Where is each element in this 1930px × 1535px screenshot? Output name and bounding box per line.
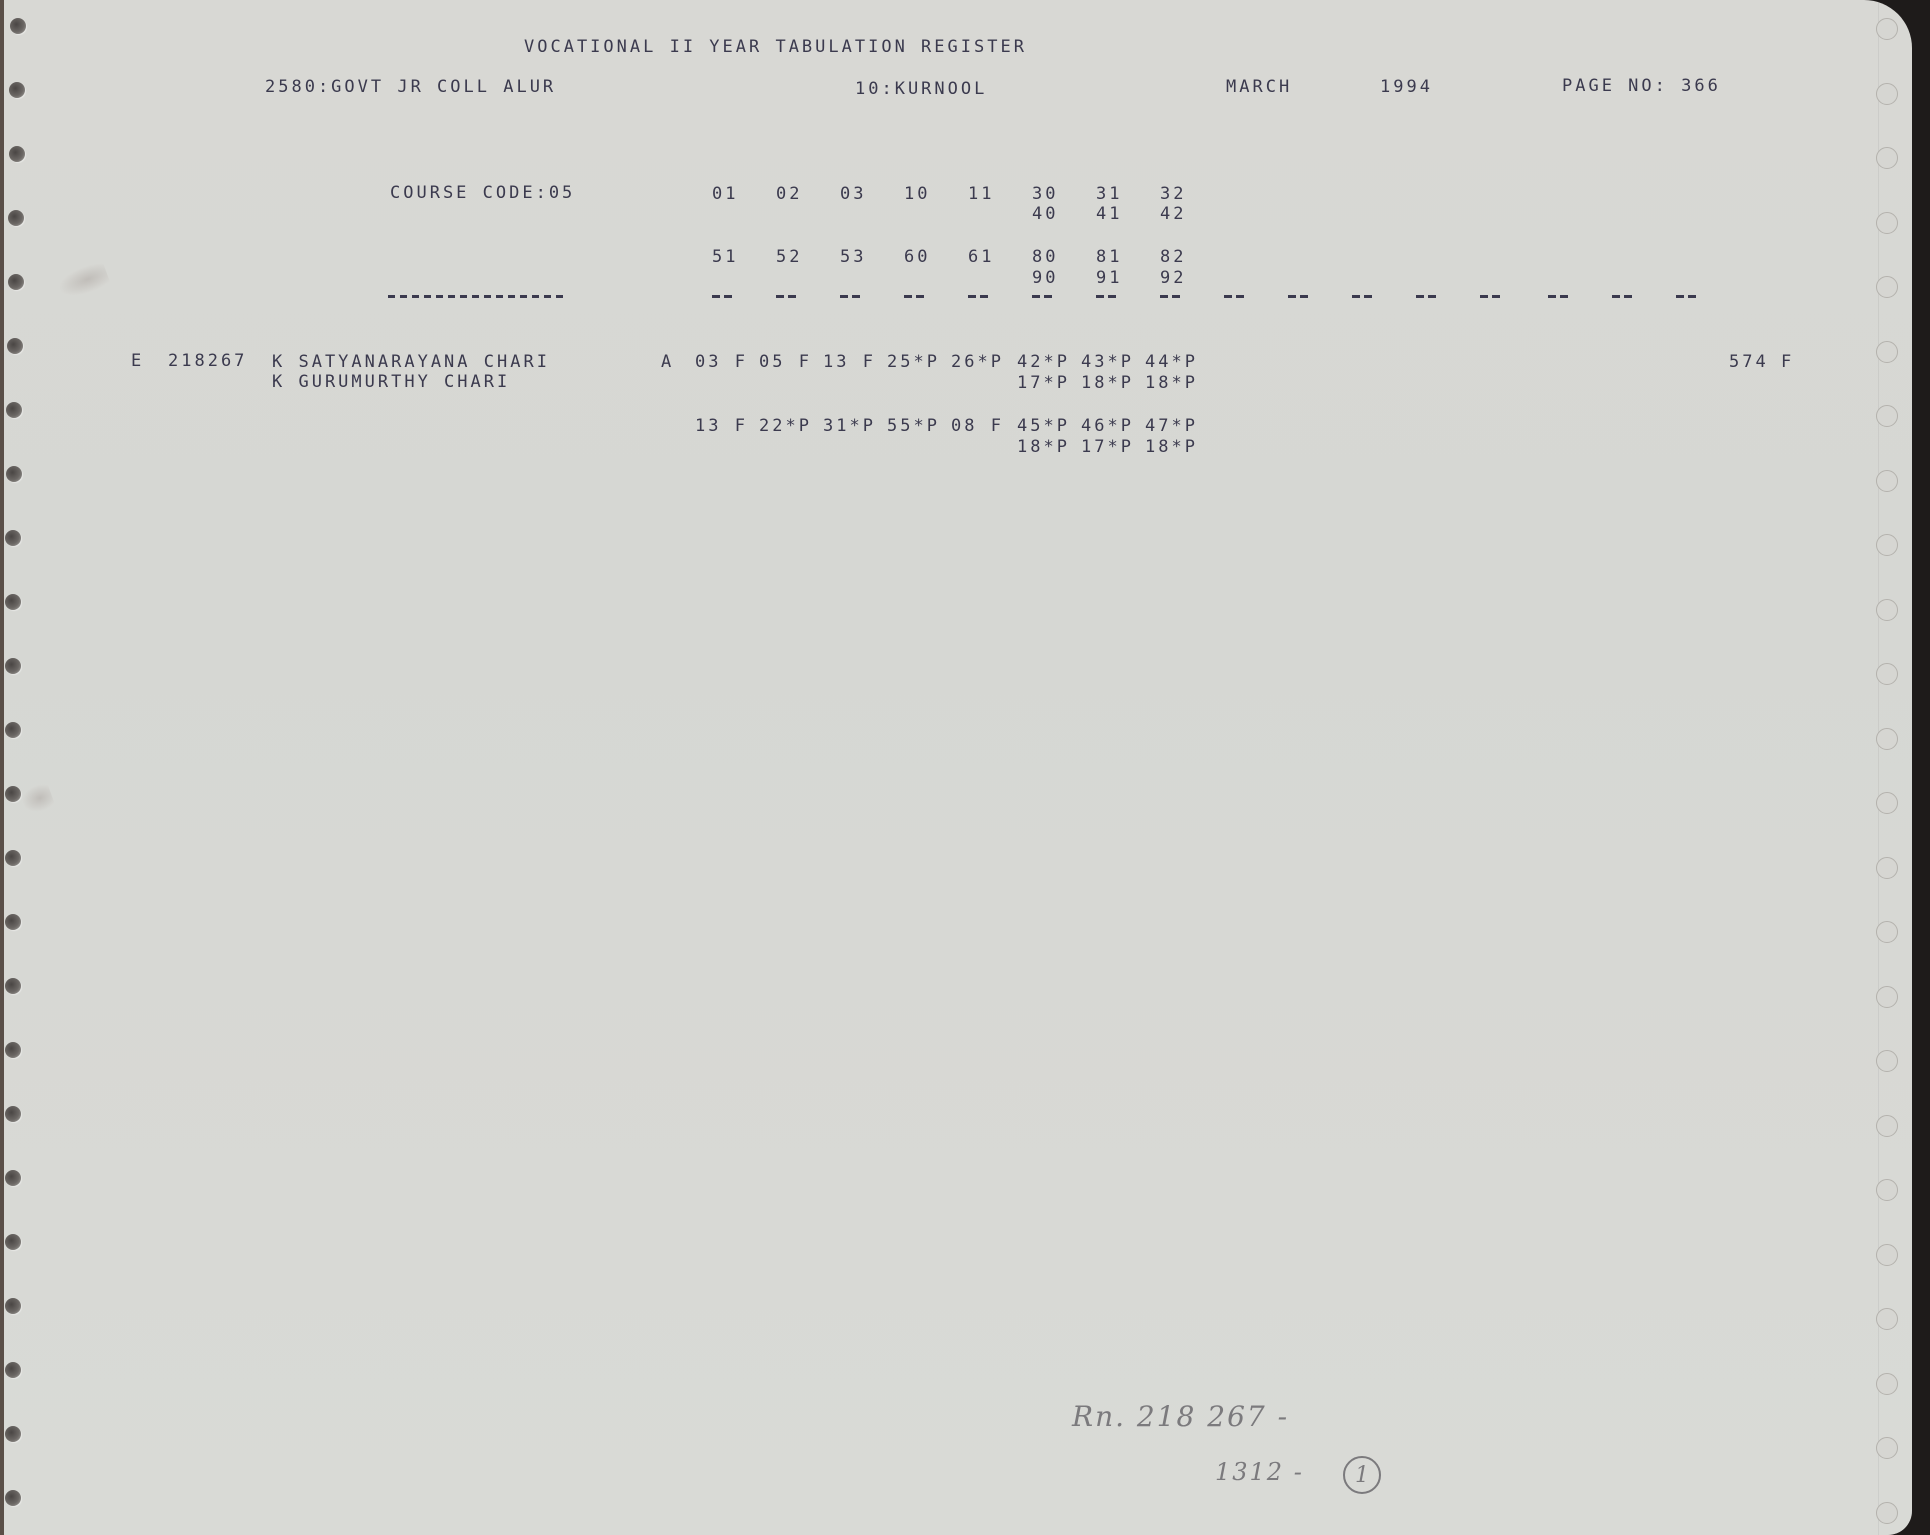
- column-separator: [1676, 295, 1697, 298]
- paper-smudge: [55, 260, 111, 302]
- subject-code: 60: [904, 249, 930, 266]
- tractor-hole-icon: [9, 82, 25, 98]
- subject-code: 03: [840, 186, 866, 203]
- tractor-hole-icon: [1876, 1308, 1898, 1330]
- tractor-hole-icon: [7, 338, 23, 354]
- tractor-hole-icon: [1876, 212, 1898, 234]
- tractor-hole-icon: [5, 850, 21, 866]
- tractor-hole-icon: [5, 1106, 21, 1122]
- tractor-hole-icon: [1876, 792, 1898, 814]
- tractor-hole-icon: [8, 274, 24, 290]
- subject-code: 40: [1032, 206, 1058, 223]
- tractor-hole-icon: [1876, 663, 1898, 685]
- tractor-hole-icon: [1876, 1179, 1898, 1201]
- exam-month: MARCH: [1226, 79, 1292, 96]
- subject-code: 52: [776, 249, 802, 266]
- tractor-hole-icon: [1876, 728, 1898, 750]
- tractor-hole-icon: [1876, 83, 1898, 105]
- tractor-hole-icon: [1876, 986, 1898, 1008]
- circled-number: 1: [1343, 1456, 1381, 1494]
- sheet-left-edge: [0, 0, 4, 1535]
- father-name: K GURUMURTHY CHARI: [272, 374, 510, 391]
- course-code: COURSE CODE:05: [390, 185, 575, 202]
- tractor-hole-icon: [1876, 1115, 1898, 1137]
- tractor-hole-icon: [9, 146, 25, 162]
- subject-mark: 13 F: [695, 418, 748, 435]
- subject-code: 92: [1160, 270, 1186, 287]
- paper-smudge: [18, 782, 55, 817]
- column-separator: [1096, 295, 1117, 298]
- subject-code: 53: [840, 249, 866, 266]
- tractor-hole-icon: [1876, 1437, 1898, 1459]
- subject-mark: 43*P: [1081, 354, 1134, 371]
- tractor-hole-icon: [1876, 599, 1898, 621]
- subject-mark: 44*P: [1145, 354, 1198, 371]
- subject-mark: 45*P: [1017, 418, 1070, 435]
- tractor-hole-icon: [1876, 18, 1898, 40]
- medium-code: A: [661, 354, 674, 371]
- subject-code: 01: [712, 186, 738, 203]
- tractor-hole-icon: [1876, 857, 1898, 879]
- exam-year: 1994: [1380, 79, 1433, 96]
- tractor-hole-icon: [6, 402, 22, 418]
- tractor-hole-icon: [1876, 147, 1898, 169]
- subject-mark: 22*P: [759, 418, 812, 435]
- subject-code: 11: [968, 186, 994, 203]
- handwritten-annotation: Rn. 218 267 -: [1072, 1400, 1289, 1433]
- tractor-hole-icon: [5, 1042, 21, 1058]
- subject-code: 51: [712, 249, 738, 266]
- subject-mark: 18*P: [1145, 439, 1198, 456]
- subject-mark: 18*P: [1081, 375, 1134, 392]
- tractor-hole-icon: [5, 530, 21, 546]
- subject-code: 80: [1032, 249, 1058, 266]
- total-marks: 574: [1729, 354, 1769, 371]
- tractor-hole-icon: [1876, 921, 1898, 943]
- subject-code: 41: [1096, 206, 1122, 223]
- subject-code: 42: [1160, 206, 1186, 223]
- tractor-hole-icon: [5, 978, 21, 994]
- tabulation-register-sheet: VOCATIONAL II YEAR TABULATION REGISTER 2…: [0, 0, 1912, 1535]
- tractor-hole-icon: [10, 18, 26, 34]
- register-title: VOCATIONAL II YEAR TABULATION REGISTER: [524, 39, 1027, 56]
- district-name: 10:KURNOOL: [855, 81, 987, 98]
- college-name: 2580:GOVT JR COLL ALUR: [265, 79, 556, 96]
- subject-code: 32: [1160, 186, 1186, 203]
- subject-mark: 55*P: [887, 418, 940, 435]
- subject-code: 91: [1096, 270, 1122, 287]
- subject-mark: 18*P: [1145, 375, 1198, 392]
- tractor-hole-icon: [1876, 405, 1898, 427]
- circled-number-text: 1: [1355, 1463, 1369, 1488]
- tractor-hole-icon: [1876, 534, 1898, 556]
- subject-code: 10: [904, 186, 930, 203]
- tractor-hole-icon: [1876, 1244, 1898, 1266]
- subject-mark: 25*P: [887, 354, 940, 371]
- column-separator: [904, 295, 925, 298]
- tractor-hole-icon: [1876, 1373, 1898, 1395]
- student-name: K SATYANARAYANA CHARI: [272, 354, 550, 371]
- column-separator: [968, 295, 989, 298]
- tractor-hole-icon: [5, 594, 21, 610]
- subject-mark: 31*P: [823, 418, 876, 435]
- column-separator: [840, 295, 861, 298]
- tractor-hole-icon: [1876, 1502, 1898, 1524]
- tractor-hole-icon: [5, 914, 21, 930]
- subject-mark: 18*P: [1017, 439, 1070, 456]
- column-separator: [1160, 295, 1181, 298]
- result-status: F: [1781, 354, 1794, 371]
- column-separator: [1612, 295, 1633, 298]
- subject-mark: 17*P: [1017, 375, 1070, 392]
- subject-code: 31: [1096, 186, 1122, 203]
- column-separator: [1352, 295, 1373, 298]
- tractor-hole-icon: [5, 1234, 21, 1250]
- subject-code: 30: [1032, 186, 1058, 203]
- subject-mark: 42*P: [1017, 354, 1070, 371]
- subject-code: 90: [1032, 270, 1058, 287]
- subject-mark: 47*P: [1145, 418, 1198, 435]
- tractor-hole-icon: [1876, 276, 1898, 298]
- column-separator: [776, 295, 797, 298]
- tractor-hole-icon: [6, 466, 22, 482]
- subject-code: 82: [1160, 249, 1186, 266]
- subject-mark: 03 F: [695, 354, 748, 371]
- column-separator: [1224, 295, 1245, 298]
- tractor-hole-icon: [8, 210, 24, 226]
- subject-code: 02: [776, 186, 802, 203]
- tractor-hole-icon: [1876, 1050, 1898, 1072]
- subject-mark: 13 F: [823, 354, 876, 371]
- subject-mark: 26*P: [951, 354, 1004, 371]
- tractor-hole-icon: [5, 658, 21, 674]
- column-separator: [1288, 295, 1309, 298]
- subject-code: 61: [968, 249, 994, 266]
- column-separator: [1480, 295, 1501, 298]
- subject-code: 81: [1096, 249, 1122, 266]
- subject-mark: 46*P: [1081, 418, 1134, 435]
- handwritten-annotation: 1312 -: [1215, 1458, 1304, 1486]
- subject-mark: 17*P: [1081, 439, 1134, 456]
- hall-ticket-number: 218267: [168, 353, 247, 370]
- tractor-hole-icon: [5, 1490, 21, 1506]
- column-separator: [1032, 295, 1053, 298]
- subject-mark: 05 F: [759, 354, 812, 371]
- subject-mark: 08 F: [951, 418, 1004, 435]
- record-type: E: [131, 353, 144, 370]
- tractor-hole-icon: [5, 1362, 21, 1378]
- tractor-hole-icon: [5, 1426, 21, 1442]
- separator-line: [388, 295, 568, 298]
- column-separator: [712, 295, 733, 298]
- tractor-hole-icon: [5, 1170, 21, 1186]
- tractor-hole-icon: [5, 1298, 21, 1314]
- tractor-hole-icon: [1876, 470, 1898, 492]
- column-separator: [1548, 295, 1569, 298]
- tractor-hole-icon: [1876, 341, 1898, 363]
- tractor-hole-icon: [5, 722, 21, 738]
- column-separator: [1416, 295, 1437, 298]
- page-number: PAGE NO: 366: [1562, 78, 1721, 95]
